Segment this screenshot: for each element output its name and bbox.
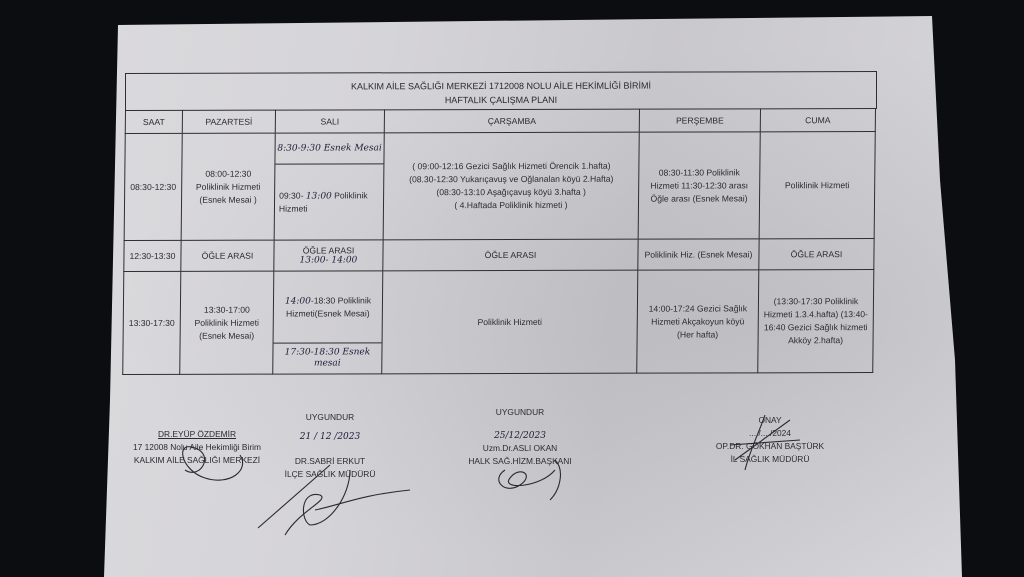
- cell-cuma: ÖĞLE ARASI: [759, 239, 874, 270]
- cell-persembe: Poliklinik Hiz. (Esnek Mesai): [638, 239, 759, 270]
- header-sali: SALI: [275, 110, 384, 133]
- signature-district-director: UYGUNDUR 21 / 12 /2023 DR.SABRİ ERKUT İL…: [270, 411, 390, 481]
- cell-line: 09:30-: [279, 190, 303, 200]
- sali-morning-text: 09:30- 13:00 Poliklinik Hizmeti: [275, 164, 384, 239]
- cell-line: ÖĞLE ARASI: [277, 246, 379, 255]
- header-cuma: CUMA: [760, 109, 875, 132]
- signer-name: OP.DR. GÖKHAN BAŞTÜRK: [700, 440, 840, 453]
- cell-line: Poliklinik Hizmeti: [185, 180, 271, 193]
- table-row-morning: 08:30-12:30 08:00-12:30 Poliklinik Hizme…: [124, 132, 875, 241]
- cell-saat: 08:30-12:30: [124, 133, 182, 240]
- cell-line: Hizmeti 11:30-12:30 arası: [642, 179, 756, 192]
- handwritten-note: 8:30-9:30 Esnek Mesai: [275, 133, 383, 164]
- header-pazartesi: PAZARTESİ: [182, 110, 275, 133]
- handwritten-time: 13:00: [306, 191, 332, 201]
- cell-carsamba: Poliklinik Hizmeti: [382, 270, 638, 374]
- signer-unit: 17 12008 Nolu Aile Hekimliği Birim: [112, 441, 282, 454]
- cell-pazartesi: ÖĞLE ARASI: [181, 240, 274, 271]
- cell-sali: 8:30-9:30 Esnek Mesai 09:30- 13:00 Polik…: [274, 133, 384, 240]
- signature-public-health: UYGUNDUR 25/12/2023 Uzm.Dr.ASLI OKAN HAL…: [455, 406, 585, 468]
- table-row-afternoon: 13:30-17:30 13:30-17:00 Poliklinik Hizme…: [123, 270, 874, 375]
- cell-sali: 14:00-18:30 Poliklinik Hizmeti(Esnek Mes…: [273, 271, 383, 374]
- approval-heading: UYGUNDUR: [270, 411, 390, 424]
- cell-cuma: (13:30-17:30 Poliklinik Hizmeti 1.3.4.ha…: [758, 270, 874, 373]
- cell-line: (08:30-13:10 Aşağıçavuş köyü 3.hafta ): [387, 186, 635, 200]
- approval-date: ..../..../2024: [700, 427, 840, 440]
- weekly-schedule-table: SAAT PAZARTESİ SALI ÇARŞAMBA PERŞEMBE CU…: [122, 108, 876, 375]
- signer-name: Uzm.Dr.ASLI OKAN: [455, 442, 585, 455]
- header-saat: SAAT: [125, 110, 182, 133]
- cell-pazartesi: 08:00-12:30 Poliklinik Hizmeti (Esnek Me…: [181, 133, 275, 240]
- signer-title: HALK SAĞ.HİZM.BAŞKANI: [455, 455, 585, 468]
- handwritten-note: 17:30-18:30 Esnek mesai: [273, 343, 381, 373]
- cell-line: (13:30-17:30 Poliklinik: [762, 295, 870, 308]
- table-row-lunch: 12:30-13:30 ÖĞLE ARASI ÖĞLE ARASI 13:00-…: [124, 239, 874, 272]
- cell-line: Akköy 2.hafta): [761, 334, 869, 347]
- title-line-2: HAFTALIK ÇALIŞMA PLANI: [126, 92, 876, 108]
- cell-saat: 12:30-13:30: [124, 240, 181, 271]
- cell-line: 14:00-17:24 Gezici Sağlık: [641, 302, 755, 315]
- cell-line: 16:40 Gezici Sağlık hizmeti: [762, 321, 870, 334]
- cell-persembe: 14:00-17:24 Gezici Sağlık Hizmeti Akçako…: [637, 270, 759, 373]
- cell-pazartesi: 13:30-17:00 Poliklinik Hizmeti (Esnek Me…: [180, 271, 274, 374]
- signature-provincial-director: ONAY ..../..../2024 OP.DR. GÖKHAN BAŞTÜR…: [700, 414, 840, 466]
- signer-title: İLÇE SAĞLIK MÜDÜRÜ: [270, 468, 390, 481]
- cell-line: (Esnek Mesai): [184, 329, 270, 342]
- cell-line: (Her hafta): [641, 328, 755, 341]
- cell-line: (Esnek Mesai ): [185, 193, 271, 206]
- header-persembe: PERŞEMBE: [639, 109, 760, 132]
- cell-line: Hizmeti 1.3.4.hafta) (13:40-: [762, 308, 870, 321]
- cell-carsamba: ( 09:00-12:16 Gezici Sağlık Hizmeti Ören…: [383, 132, 639, 240]
- signer-name: DR.SABRİ ERKUT: [270, 455, 390, 468]
- approval-heading: UYGUNDUR: [455, 406, 585, 419]
- signer-title: İL SAĞLIK MÜDÜRÜ: [700, 453, 840, 466]
- cell-line: ( 4.Haftada Poliklinik hizmeti ): [387, 199, 635, 213]
- approval-date: 21 / 12 /2023: [270, 432, 390, 443]
- cell-line: Poliklinik Hizmeti: [184, 316, 270, 329]
- cell-line: (08.30-12:30 Yukarıçavuş ve Oğlanalan kö…: [387, 173, 635, 187]
- signature-family-doctor: DR.EYÜP ÖZDEMİR 17 12008 Nolu Aile Hekim…: [112, 428, 282, 467]
- header-carsamba: ÇARŞAMBA: [384, 109, 639, 133]
- signer-institution: KALKIM AİLE SAĞLIĞI MERKEZİ: [112, 454, 282, 467]
- cell-carsamba: ÖĞLE ARASI: [383, 239, 638, 271]
- signer-name: DR.EYÜP ÖZDEMİR: [112, 428, 282, 441]
- header-row: SAAT PAZARTESİ SALI ÇARŞAMBA PERŞEMBE CU…: [125, 109, 875, 134]
- cell-line: ( 09:00-12:16 Gezici Sağlık Hizmeti Ören…: [387, 160, 635, 174]
- cell-saat: 13:30-17:30: [123, 271, 181, 374]
- cell-persembe: 08:30-11:30 Poliklinik Hizmeti 11:30-12:…: [638, 132, 760, 239]
- document-title: KALKIM AİLE SAĞLIĞI MERKEZİ 1712008 NOLU…: [125, 71, 877, 111]
- cell-sali: ÖĞLE ARASI 13:00- 14:00: [274, 240, 383, 271]
- approval-heading: ONAY: [700, 414, 840, 427]
- handwritten-note: 13:00- 14:00: [277, 255, 379, 265]
- cell-line: Öğle arası (Esnek Mesai): [642, 192, 756, 205]
- handwritten-time: 14:00: [285, 296, 311, 306]
- sali-afternoon-text: 14:00-18:30 Poliklinik Hizmeti(Esnek Mes…: [274, 271, 383, 343]
- cell-line: 08:00-12:30: [185, 167, 271, 180]
- approval-date: 25/12/2023: [455, 431, 585, 442]
- cell-line: 08:30-11:30 Poliklinik: [642, 166, 756, 179]
- cell-line: 13:30-17:00: [184, 303, 270, 316]
- cell-cuma: Poliklinik Hizmeti: [759, 132, 875, 239]
- cell-line: Hizmeti Akçakoyun köyü: [641, 315, 755, 328]
